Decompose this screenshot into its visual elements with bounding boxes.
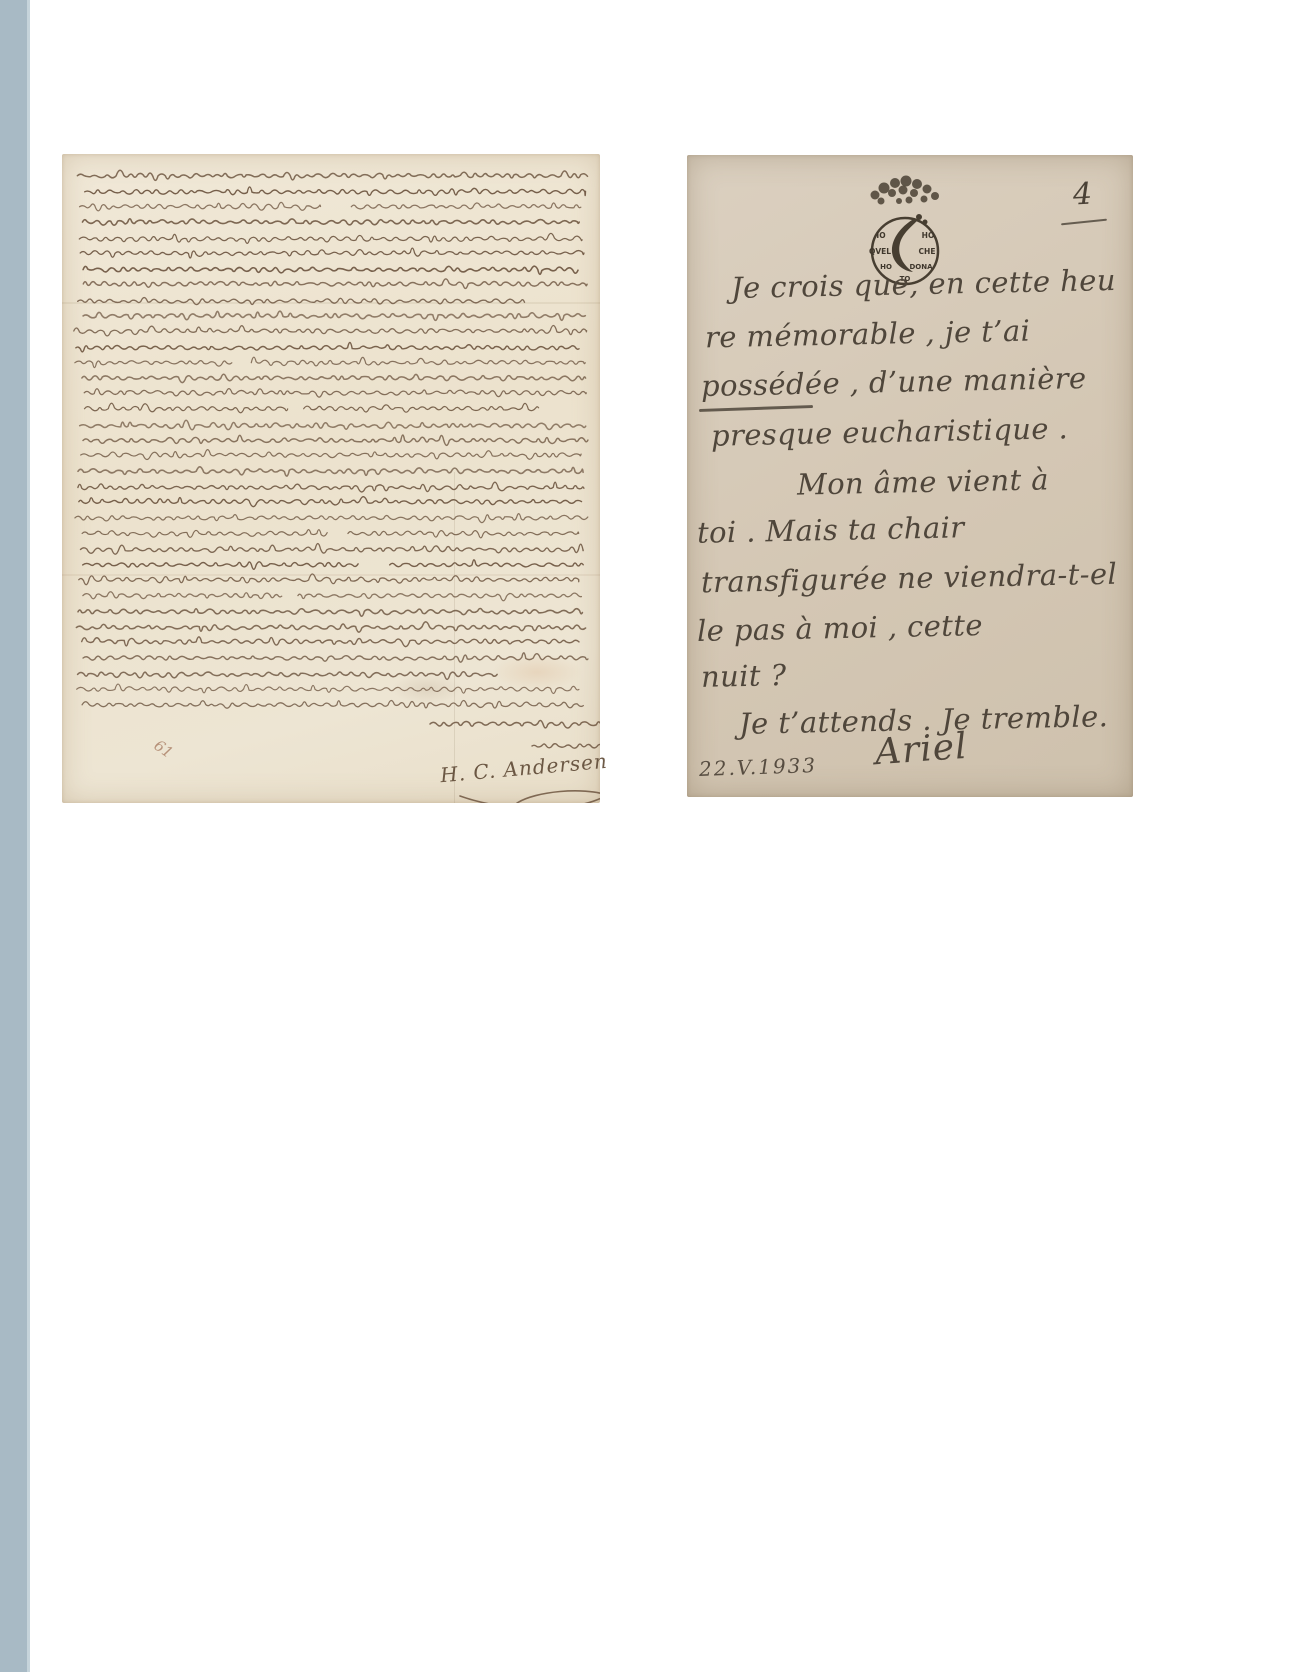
handwriting-line — [78, 482, 584, 492]
handwriting-line — [348, 531, 579, 538]
handwriting-line — [85, 403, 288, 413]
letter-line: Je crois que, en cette heu — [731, 263, 1116, 305]
handwriting-line — [78, 298, 525, 305]
emblem-word: CHE — [919, 247, 936, 256]
handwriting-line — [81, 544, 584, 555]
handwriting-line — [77, 170, 587, 180]
handwriting-line — [75, 361, 232, 368]
handwriting-line — [77, 684, 579, 693]
page-number: 4 — [1072, 177, 1093, 213]
emblem-word: QVEL — [869, 247, 891, 256]
handwriting-line — [298, 593, 582, 601]
left-accent-bar — [0, 0, 30, 1672]
handwriting-line — [76, 342, 579, 351]
letter-line: toi . Mais ta chair — [697, 510, 965, 550]
handwriting-line — [81, 450, 581, 460]
letter-line: nuit ? — [701, 658, 787, 694]
flower-cluster-icon — [871, 176, 940, 205]
handwriting-line — [83, 266, 578, 274]
emblem-word: IO — [876, 231, 885, 240]
handwriting-line — [83, 279, 587, 288]
letter-date: 22.V.1933 — [699, 753, 818, 781]
handwriting-line — [78, 608, 582, 616]
letter-line: transfigurée ne viendra-t-el — [701, 557, 1118, 600]
handwriting-line — [85, 187, 586, 196]
handwriting-line — [351, 203, 581, 209]
letter-signature-ariel: Ariel — [874, 726, 969, 773]
handwriting-line — [80, 202, 321, 211]
handwriting-line — [79, 233, 582, 243]
emblem-word: HO — [922, 231, 935, 240]
letter-line: re mémorable , je t’ai — [705, 314, 1031, 355]
manuscript-right-french-letter: IO HO QVEL CHE HO DONA TO 4 Je crois que… — [687, 155, 1133, 797]
handwriting-line — [460, 791, 600, 803]
left-handwriting-svg — [62, 154, 600, 803]
letter-line: presque eucharistique . — [711, 411, 1069, 452]
handwriting-line — [83, 311, 585, 320]
handwriting-line — [82, 637, 579, 647]
handwriting-line — [84, 389, 586, 398]
page-number-underline — [1061, 219, 1107, 226]
handwriting-line — [304, 403, 539, 412]
handwriting-line — [80, 248, 584, 258]
cornucopia-fruit-icon — [916, 214, 922, 220]
handwriting-line — [76, 622, 585, 632]
letter-line: possédée , d’une manière — [701, 361, 1087, 403]
handwriting-line — [80, 420, 586, 429]
cornucopia-fruit-icon — [923, 220, 928, 225]
handwriting-line — [79, 574, 579, 585]
handwriting-line — [75, 514, 588, 523]
handwriting-line — [78, 467, 583, 476]
handwriting-line — [83, 653, 588, 662]
handwriting-line — [430, 719, 600, 728]
letter-line: le pas à moi , cette — [697, 608, 984, 648]
handwriting-line — [390, 560, 584, 567]
page: H. C. Andersen 61 IO HO QVEL CHE HO DON — [0, 0, 1301, 1672]
handwriting-line — [251, 357, 585, 366]
handwriting-line — [83, 435, 588, 445]
handwriting-line — [78, 672, 498, 680]
handwriting-line — [83, 592, 282, 599]
handwriting-line — [82, 530, 327, 538]
handwriting-line — [74, 325, 587, 335]
handwriting-line — [82, 700, 583, 708]
manuscript-left-german-letter: H. C. Andersen 61 — [62, 154, 600, 803]
underline-stroke — [699, 405, 813, 412]
handwriting-line — [82, 374, 586, 382]
handwriting-line — [79, 497, 582, 507]
letter-line: Mon âme vient à — [797, 462, 1050, 501]
handwriting-line — [83, 219, 580, 225]
handwriting-line — [83, 562, 358, 570]
